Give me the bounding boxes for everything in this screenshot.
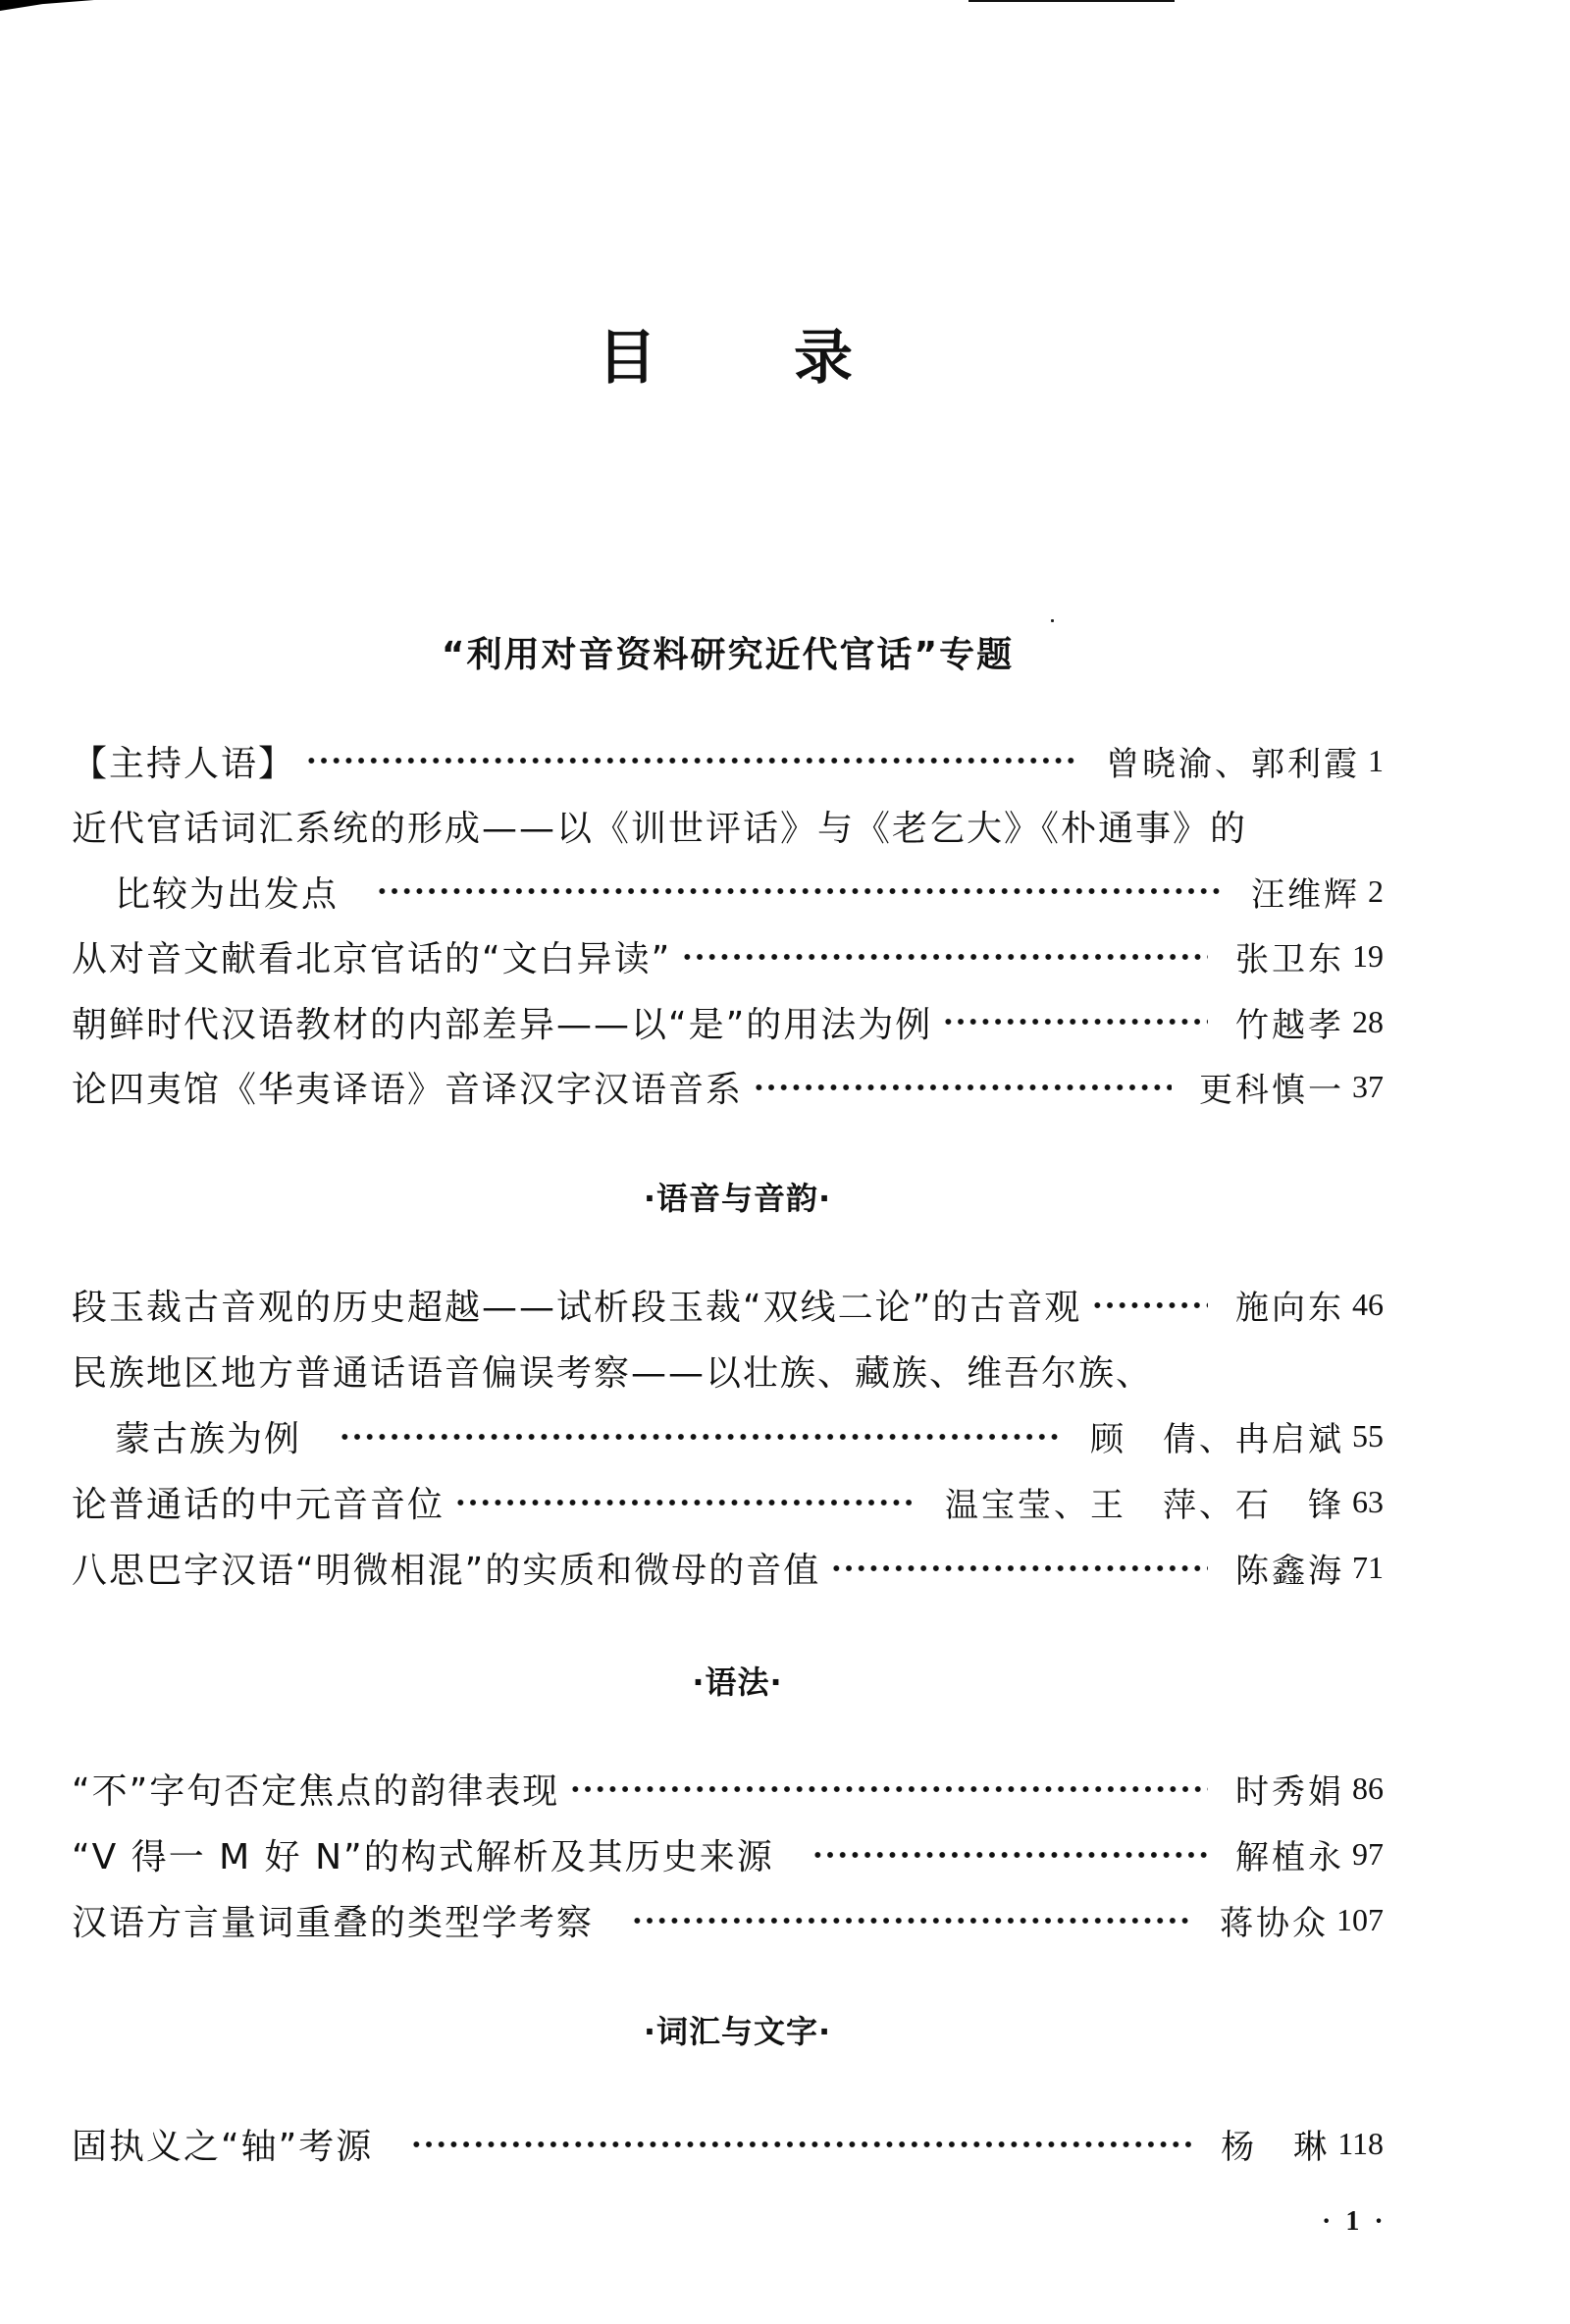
dot-leader [753, 1082, 1172, 1093]
entry-page-number: 107 [1336, 1902, 1384, 1938]
toc-entry: 朝鲜时代汉语教材的内部差异——以“是”的用法为例 竹越孝 28 [72, 989, 1384, 1055]
entry-author: 时秀娟 [1235, 1765, 1344, 1813]
toc-entry: “V 得一 M 好 N”的构式解析及其历史来源 解植永 97 [72, 1822, 1384, 1887]
entry-author: 更科慎一 [1199, 1063, 1344, 1111]
entry-title: 论四夷馆《华夷译语》音译汉字汉语音系 [72, 1062, 743, 1112]
entry-author: 汪维辉 [1251, 868, 1360, 916]
toc-entry: 汉语方言量词重叠的类型学考察 蒋协众 107 [72, 1887, 1384, 1953]
entry-author: 张卫东 [1235, 932, 1344, 980]
scan-edge-line [968, 0, 1175, 2]
entry-page-number: 86 [1352, 1770, 1384, 1807]
toc-entry-continuation: 比较为出发点 汪维辉 2 [72, 859, 1384, 924]
section-heading: ·语音与音韵· [72, 1166, 1384, 1231]
dot-leader [1091, 1299, 1208, 1311]
dot-leader [681, 951, 1208, 963]
toc-entry: 固执义之“轴”考源 杨 琳 118 [72, 2111, 1384, 2177]
entry-page-number: 97 [1352, 1836, 1384, 1873]
entry-page-number: 46 [1352, 1287, 1384, 1323]
toc-section: “利用对音资料研究近代官话”专题 【主持人语】 曾晓渝、郭利霞 1 近代官话词汇… [72, 623, 1384, 1120]
entry-author: 蒋协众 [1220, 1896, 1329, 1944]
entry-title: “V 得一 M 好 N”的构式解析及其历史来源 [72, 1829, 774, 1879]
entry-author: 解植永 [1235, 1830, 1344, 1878]
entry-page-number: 2 [1368, 873, 1384, 910]
dot-leader [569, 1783, 1208, 1795]
entry-author: 顾 倩、冉启斌 [1090, 1412, 1344, 1460]
toc-entry: 从对音文献看北京官话的“文白异读” 张卫东 19 [72, 924, 1384, 990]
entry-author: 陈鑫海 [1235, 1544, 1344, 1592]
dot-leader [376, 885, 1224, 897]
dot-leader [454, 1497, 917, 1508]
dot-leader [811, 1849, 1208, 1861]
toc-entry-continuation: 蒙古族为例 顾 倩、冉启斌 55 [72, 1403, 1384, 1469]
entry-author: 杨 琳 [1221, 2120, 1330, 2168]
entry-title-continuation: 蒙古族为例 [115, 1411, 301, 1461]
dot-leader [339, 1431, 1063, 1443]
dot-leader [942, 1016, 1208, 1028]
entry-page-number: 1 [1368, 743, 1384, 779]
entry-title: 【主持人语】 [72, 736, 295, 786]
entry-page-number: 19 [1352, 938, 1384, 975]
entry-title: “不”字句否定焦点的韵律表现 [72, 1764, 559, 1814]
toc-entry: 【主持人语】 曾晓渝、郭利霞 1 [72, 728, 1384, 794]
entry-page-number: 118 [1337, 2126, 1384, 2162]
entry-author: 施向东 [1235, 1281, 1344, 1329]
toc-entries: 段玉裁古音观的历史超越——试析段玉裁“双线二论”的古音观 施向东 46 民族地区… [72, 1272, 1384, 1601]
scanned-toc-page: 目录 “利用对音资料研究近代官话”专题 【主持人语】 曾晓渝、郭利霞 1 近代官… [0, 0, 1570, 2324]
section-heading: ·语法· [72, 1650, 1384, 1715]
dot-leader [830, 1562, 1208, 1574]
entry-page-number: 71 [1352, 1550, 1384, 1586]
toc-entries: 【主持人语】 曾晓渝、郭利霞 1 近代官话词汇系统的形成——以《训世评话》与《老… [72, 728, 1384, 1120]
entry-author: 竹越孝 [1235, 998, 1344, 1046]
dot-leader [305, 755, 1078, 766]
entry-title: 固执义之“轴”考源 [72, 2119, 373, 2169]
toc-entry-first-line: 民族地区地方普通话语音偏误考察——以壮族、藏族、维吾尔族、 [72, 1338, 1384, 1403]
entry-title: 从对音文献看北京官话的“文白异读” [72, 931, 671, 981]
entry-title-continuation: 比较为出发点 [115, 867, 339, 917]
dot-leader [410, 2139, 1193, 2150]
toc-section: ·语法· “不”字句否定焦点的韵律表现 时秀娟 86 “V 得一 M 好 N”的… [72, 1650, 1384, 1953]
entry-title: 汉语方言量词重叠的类型学考察 [72, 1895, 594, 1945]
entry-author: 温宝莹、王 萍、石 锋 [945, 1478, 1344, 1526]
section-heading: ·词汇与文字· [72, 1999, 1384, 2064]
toc-entry-first-line: 近代官话词汇系统的形成——以《训世评话》与《老乞大》《朴通事》的 [72, 794, 1384, 860]
entry-page-number: 63 [1352, 1484, 1384, 1520]
section-heading: “利用对音资料研究近代官话”专题 [72, 623, 1384, 688]
entry-title: 朝鲜时代汉语教材的内部差异——以“是”的用法为例 [72, 997, 932, 1047]
entry-author: 曾晓渝、郭利霞 [1106, 737, 1360, 785]
scan-speck [1051, 619, 1054, 622]
entry-page-number: 37 [1352, 1069, 1384, 1105]
toc-entry: 论普通话的中元音音位 温宝莹、王 萍、石 锋 63 [72, 1469, 1384, 1535]
entry-title: 八思巴字汉语“明微相混”的实质和微母的音值 [72, 1543, 820, 1593]
toc-entry: 段玉裁古音观的历史超越——试析段玉裁“双线二论”的古音观 施向东 46 [72, 1272, 1384, 1338]
dot-leader [631, 1915, 1192, 1927]
entry-page-number: 55 [1352, 1418, 1384, 1454]
page-title: 目录 [598, 320, 990, 396]
toc-entries: 固执义之“轴”考源 杨 琳 118 [72, 2111, 1384, 2177]
page-number-footer: ·1· [1322, 2206, 1398, 2238]
toc-entries: “不”字句否定焦点的韵律表现 时秀娟 86 “V 得一 M 好 N”的构式解析及… [72, 1756, 1384, 1953]
entry-page-number: 28 [1352, 1004, 1384, 1040]
entry-title: 论普通话的中元音音位 [72, 1477, 445, 1527]
toc-entry: “不”字句否定焦点的韵律表现 时秀娟 86 [72, 1756, 1384, 1822]
toc-entry: 论四夷馆《华夷译语》音译汉字汉语音系 更科慎一 37 [72, 1055, 1384, 1121]
scan-edge-shadow [0, 0, 94, 11]
toc-section: ·语音与音韵· 段玉裁古音观的历史超越——试析段玉裁“双线二论”的古音观 施向东… [72, 1166, 1384, 1601]
entry-title: 段玉裁古音观的历史超越——试析段玉裁“双线二论”的古音观 [72, 1280, 1081, 1330]
toc-entry: 八思巴字汉语“明微相混”的实质和微母的音值 陈鑫海 71 [72, 1535, 1384, 1601]
toc-section: ·词汇与文字· 固执义之“轴”考源 杨 琳 118 [72, 1999, 1384, 2177]
entry-title: 近代官话词汇系统的形成——以《训世评话》与《老乞大》《朴通事》的 [72, 801, 1247, 851]
entry-title: 民族地区地方普通话语音偏误考察——以壮族、藏族、维吾尔族、 [72, 1346, 1153, 1396]
